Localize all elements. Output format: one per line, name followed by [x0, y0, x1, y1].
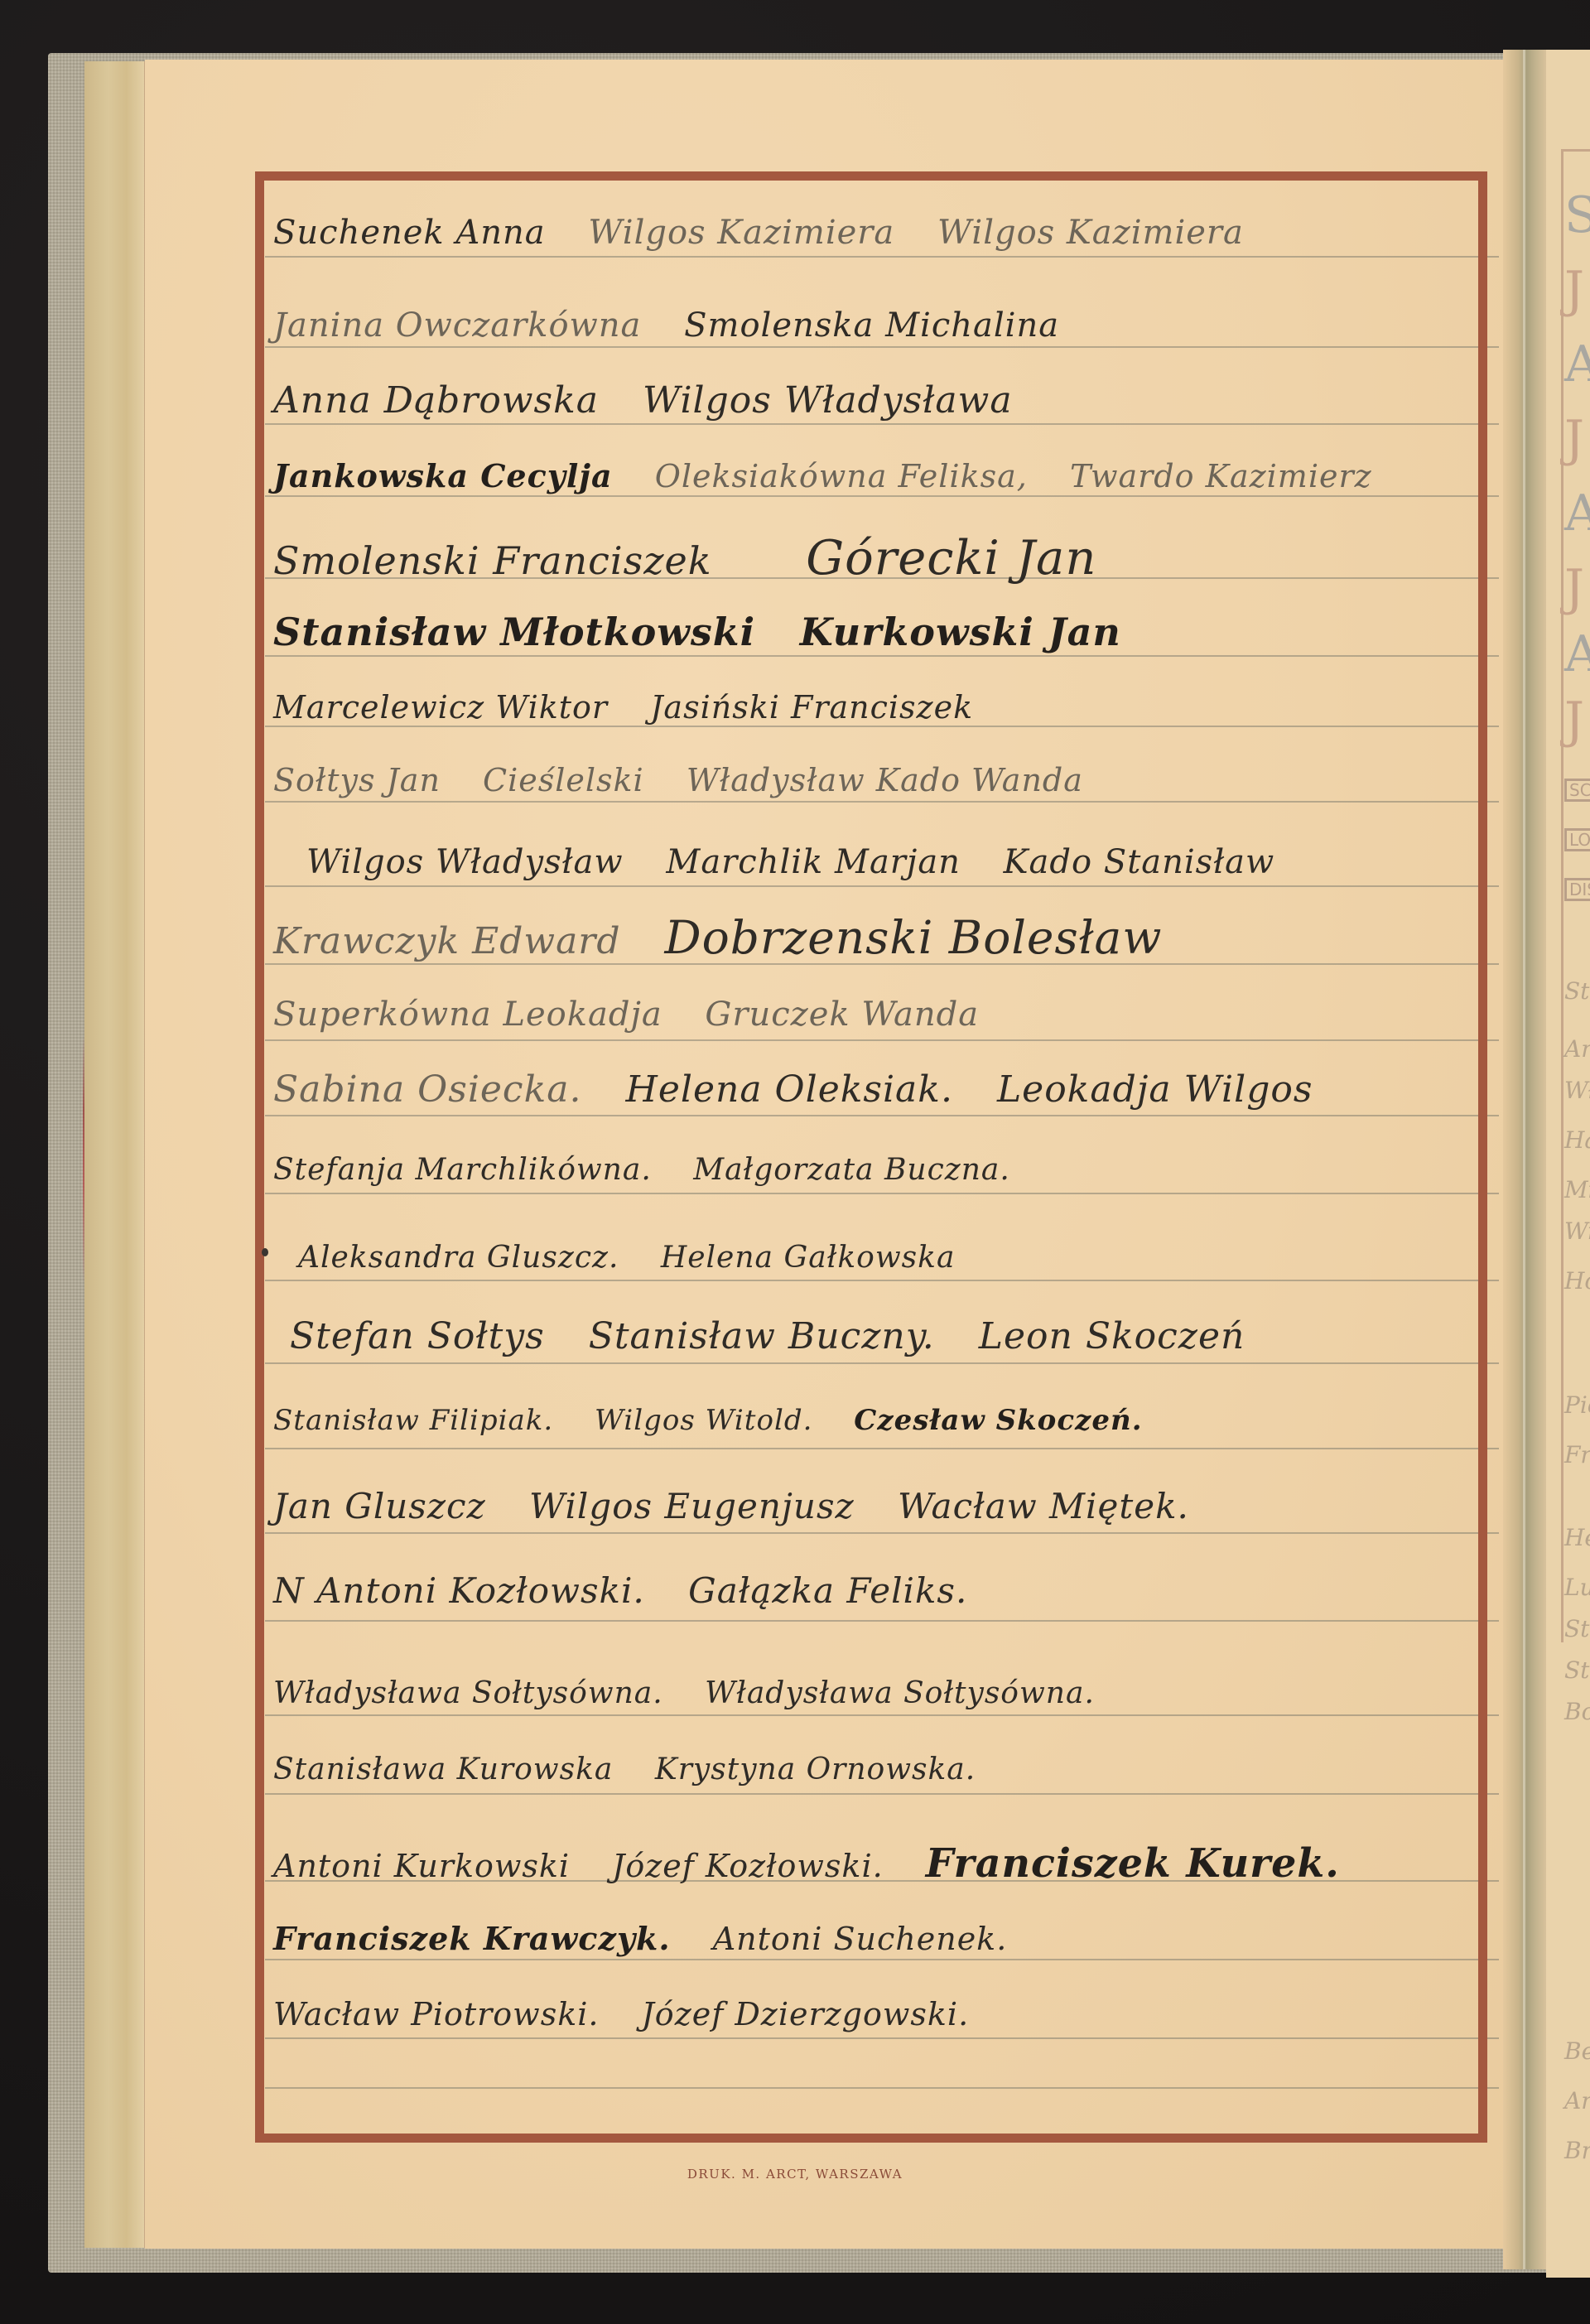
faint-facing-text: Fran: [1564, 1441, 1590, 1468]
signature-entry: Czesław Skoczeń.: [854, 1404, 1142, 1437]
handwritten-line: Smolenski Franciszek Górecki Jan: [273, 530, 1482, 586]
signature-entry: Dobrzenski Bolesław: [665, 911, 1163, 964]
signature-entry: Suchenek Anna: [273, 214, 546, 252]
handwritten-line: Jan Gluszcz Wilgos Eugenjusz Wacław Mięt…: [273, 1486, 1482, 1526]
red-thread-mark: [83, 1035, 84, 1284]
faint-facing-text: Wład: [1564, 1077, 1590, 1104]
book-gutter: [1503, 50, 1546, 2269]
signature-entry: Leokadja Wilgos: [997, 1068, 1313, 1111]
signature-entry: Wilgos Władysława: [643, 379, 1013, 422]
ornament-glyph: A: [1564, 340, 1590, 389]
signature-entry: Wilgos Kazimiera: [937, 214, 1244, 252]
ornament-glyph: J: [1564, 696, 1584, 745]
faint-facing-text: Wikt: [1564, 1217, 1590, 1245]
facing-page-sliver: S J A J A J A J SCH SZK LOC MIE DIS PO S…: [1546, 50, 1590, 2278]
signature-entry: Górecki Jan: [806, 530, 1096, 586]
signature-entry: N Antoni Kozłowski.: [273, 1570, 645, 1611]
signature-entry: Władysława Sołtysówna.: [705, 1676, 1095, 1710]
ornament-glyph: J: [1564, 414, 1584, 464]
faint-facing-text: Stef: [1564, 1615, 1590, 1642]
handwritten-line: N Antoni Kozłowski. Gałązka Feliks.: [273, 1570, 1482, 1611]
ornament-glyph: S: [1564, 190, 1590, 240]
signature-entry: Smolenska Michalina: [684, 306, 1059, 345]
handwritten-line: Stanisława Kurowska Krystyna Ornowska.: [273, 1753, 1482, 1786]
facing-page-stamp-line: LOC MIE: [1564, 828, 1590, 851]
signature-entry: Marchlik Marjan: [666, 843, 961, 881]
signature-entry: Józef Kozłowski.: [612, 1848, 884, 1884]
handwritten-line: Janina Owczarkówna Smolenska Michalina: [273, 306, 1482, 345]
signature-entry: Małgorzata Buczna.: [693, 1153, 1010, 1187]
signature-entry: Twardo Kazimierz: [1070, 458, 1372, 494]
signature-entry: Antoni Suchenek.: [713, 1921, 1008, 1957]
signature-entry: Wacław Piotrowski.: [273, 1996, 599, 2032]
faint-facing-text: Bron: [1564, 2137, 1590, 2164]
signature-entry: Jankowska Cecylja: [273, 457, 613, 494]
ornament-glyph: J: [1564, 265, 1584, 315]
signature-entry: Jan Gluszcz: [273, 1486, 486, 1526]
signature-entry: Sołtys Jan: [273, 762, 441, 798]
signature-entry: Wilgos Kazimiera: [588, 214, 894, 252]
ornament-glyph: A: [1564, 629, 1590, 679]
faint-facing-text: Hon: [1564, 1267, 1590, 1295]
facing-page-stamp-line: SCH SZK: [1564, 779, 1590, 802]
signature-entry: Franciszek Krawczyk.: [273, 1920, 671, 1957]
signature-entry: Stanisław Filipiak.: [273, 1404, 553, 1437]
faint-facing-text: Anto: [1564, 2087, 1590, 2114]
signature-entry: Anna Dąbrowska: [273, 379, 599, 422]
faint-facing-text: Bel: [1564, 2037, 1590, 2065]
signature-entry: Władysław Kado Wanda: [687, 762, 1083, 798]
signature-entry: Stanisław Młotkowski: [273, 610, 755, 654]
handwritten-line: Krawczyk Edward Dobrzenski Bolesław: [273, 911, 1482, 964]
signature-entry: Sabina Osiecka.: [273, 1068, 581, 1111]
signature-entry: Kado Stanisław: [1004, 843, 1275, 881]
handwritten-line: Suchenek Anna Wilgos Kazimiera Wilgos Ka…: [273, 214, 1482, 252]
handwritten-line: Antoni Kurkowski Józef Kozłowski. Franci…: [273, 1840, 1482, 1887]
signature-entry: Leon Skoczeń: [979, 1315, 1245, 1357]
handwritten-line: Sołtys Jan Cieślelski Władysław Kado Wan…: [273, 762, 1482, 798]
handwritten-line: Stefanja Marchlikówna. Małgorzata Buczna…: [273, 1153, 1482, 1187]
signature-entry: Aleksandra Gluszcz.: [298, 1241, 619, 1275]
signature-entry: Wacław Miętek.: [898, 1486, 1189, 1526]
handwritten-line: Aleksandra Gluszcz. Helena Gałkowska: [273, 1241, 1482, 1275]
scanned-book-page: S J A J A J A J SCH SZK LOC MIE DIS PO S…: [0, 0, 1590, 2324]
signature-entry: Superkówna Leokadja: [273, 996, 662, 1034]
signature-entry: Cieślelski: [483, 762, 644, 798]
signature-entry: Stefan Sołtys: [290, 1315, 545, 1357]
faint-facing-text: Piotr: [1564, 1391, 1590, 1419]
signature-entry: Wilgos Eugenjusz: [529, 1486, 855, 1526]
faint-facing-text: Hann: [1564, 1126, 1590, 1154]
handwritten-line: Sabina Osiecka. Helena Oleksiak. Leokadj…: [273, 1068, 1482, 1111]
handwritten-line: Stefan Sołtys Stanisław Buczny. Leon Sko…: [273, 1315, 1482, 1357]
signature-entry: Władysława Sołtysówna.: [273, 1676, 663, 1710]
signature-entry: Helena Gałkowska: [661, 1241, 956, 1275]
signature-entry: Helena Oleksiak.: [625, 1068, 952, 1111]
signature-entry: Smolenski Franciszek: [273, 538, 712, 583]
signature-entry: Krawczyk Edward: [273, 920, 621, 962]
ornament-glyph: A: [1564, 489, 1590, 538]
facing-page-stamp-line: DIS PO: [1564, 878, 1590, 901]
signature-entry: Marcelewicz Wiktor: [273, 689, 608, 726]
ink-dot: [262, 1248, 268, 1256]
signature-entry: Józef Dzierzgowski.: [642, 1996, 970, 2032]
signature-entry: Stanisław Buczny.: [589, 1315, 935, 1357]
signature-entry: Antoni Kurkowski: [273, 1848, 570, 1884]
signature-entry: Krystyna Ornowska.: [655, 1753, 976, 1786]
handwritten-line: Franciszek Krawczyk. Antoni Suchenek.: [273, 1920, 1482, 1957]
handwritten-line: Wilgos Władysław Marchlik Marjan Kado St…: [273, 843, 1482, 881]
faint-facing-text: Stef: [1564, 1656, 1590, 1684]
faint-facing-text: Hel: [1564, 1524, 1590, 1551]
signature-entry: Stefanja Marchlikówna.: [273, 1153, 652, 1187]
signature-entry: Janina Owczarkówna: [273, 306, 641, 345]
signature-entry: Stanisława Kurowska: [273, 1753, 613, 1786]
faint-facing-text: Luc: [1564, 1574, 1590, 1601]
faint-facing-text: Mich: [1564, 1176, 1590, 1203]
signature-entry: Gałązka Feliks.: [688, 1570, 967, 1611]
faint-facing-text: Anto: [1564, 1035, 1590, 1063]
signature-entry: Gruczek Wanda: [705, 996, 979, 1034]
handwritten-line: Marcelewicz Wiktor Jasiński Franciszek: [273, 689, 1482, 726]
handwritten-line: Władysława Sołtysówna. Władysława Sołtys…: [273, 1676, 1482, 1710]
faint-facing-text: Bol: [1564, 1698, 1590, 1725]
signature-entry: Franciszek Kurek.: [926, 1840, 1340, 1887]
signature-entry: Oleksiakówna Feliksa,: [655, 458, 1028, 494]
handwritten-line: Anna Dąbrowska Wilgos Władysława: [273, 379, 1482, 422]
signature-entry: Wilgos Witold.: [595, 1404, 812, 1437]
handwritten-line: Jankowska Cecylja Oleksiakówna Feliksa, …: [273, 457, 1482, 494]
handwritten-line: Wacław Piotrowski. Józef Dzierzgowski.: [273, 1996, 1482, 2032]
signature-entry: Wilgos Władysław: [306, 843, 624, 881]
signature-entry: Jasiński Franciszek: [650, 689, 973, 726]
signature-entry: Kurkowski Jan: [800, 610, 1121, 654]
handwritten-line: Stanisław Młotkowski Kurkowski Jan: [273, 610, 1482, 654]
handwritten-line: Superkówna Leokadja Gruczek Wanda: [273, 996, 1482, 1034]
page-fore-edge: [84, 61, 145, 2248]
printer-imprint: DRUK. M. ARCT, WARSZAWA: [0, 2167, 1590, 2182]
ornament-glyph: J: [1564, 563, 1584, 613]
handwritten-line: Stanisław Filipiak. Wilgos Witold. Czesł…: [273, 1404, 1482, 1437]
faint-facing-text: Stan: [1564, 977, 1590, 1005]
